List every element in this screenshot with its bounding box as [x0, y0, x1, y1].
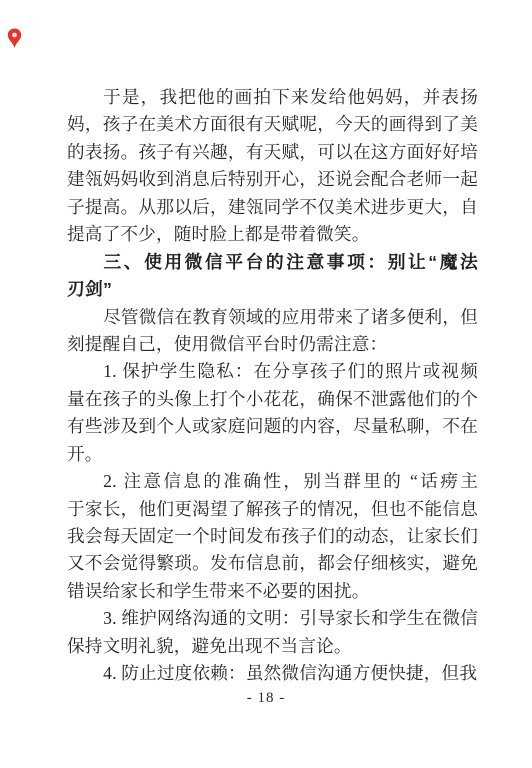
red-pin-icon [7, 28, 22, 49]
text-line: 子提高。从那以后，建瓴同学不仅美术进步更大，自信心也 [67, 194, 478, 221]
text-line: 1. 保护学生隐私：在分享孩子们的照片或视频时，我尽 [67, 358, 478, 385]
text-line: 于家长，他们更渴望了解孩子的情况，但也不能信息过载。 [67, 496, 478, 523]
text-line: 4. 防止过度依赖：虽然微信沟通方便快捷，但我仍强调 [67, 660, 478, 687]
document-text: 于是，我把他的画拍下来发给他妈妈，并表扬说：“建瓴妈妈，孩子在美术方面很有天赋呢… [67, 84, 478, 688]
heading-line: 刃剑” [67, 276, 478, 303]
text-line: 保持文明礼貌，避免出现不当言论。 [67, 633, 478, 660]
text-line: 错误给家长和学生带来不必要的困扰。 [67, 578, 478, 605]
heading-line: 三、使用微信平台的注意事项：别让“魔法棒”变成“双 [67, 249, 478, 276]
text-line: 尽管微信在教育领域的应用带来了诸多便利，但我也时 [67, 304, 478, 331]
text-line: 提高了不少，随时脸上都是带着微笑。 [67, 221, 478, 248]
text-line: 3. 维护网络沟通的文明：引导家长和学生在微信沟通中 [67, 605, 478, 632]
document-page: 于是，我把他的画拍下来发给他妈妈，并表扬说：“建瓴妈妈，孩子在美术方面很有天赋呢… [0, 0, 532, 768]
text-line: 于是，我把他的画拍下来发给他妈妈，并表扬说：“建瓴妈 [67, 84, 478, 111]
text-line: 开。 [67, 441, 478, 468]
text-line: 2. 注意信息的准确性，别当群里的 “话痨主播”：对 [67, 468, 478, 495]
text-line: 建瓴妈妈收到消息后特别开心，还说会配合老师一起帮助孩 [67, 166, 478, 193]
text-line: 有些涉及到个人或家庭问题的内容，尽量私聊，不在群里公 [67, 413, 478, 440]
text-line: 又不会觉得繁琐。发布信息前，都会仔细核实，避免因信息 [67, 550, 478, 577]
text-line: 妈，孩子在美术方面很有天赋呢，今天的画得到了美术老师 [67, 111, 478, 138]
page-number: - 18 - [0, 690, 532, 707]
text-line: 刻提醒自己，使用微信平台时仍需注意： [67, 331, 478, 358]
text-line: 的表扬。孩子有兴趣，有天赋，可以在这方面好好培养一下。” [67, 139, 478, 166]
text-line: 我会每天固定一个时间发布孩子们的动态，让家长们有盼头 [67, 523, 478, 550]
text-line: 量在孩子的头像上打个小花花，确保不泄露他们的个人信息； [67, 386, 478, 413]
